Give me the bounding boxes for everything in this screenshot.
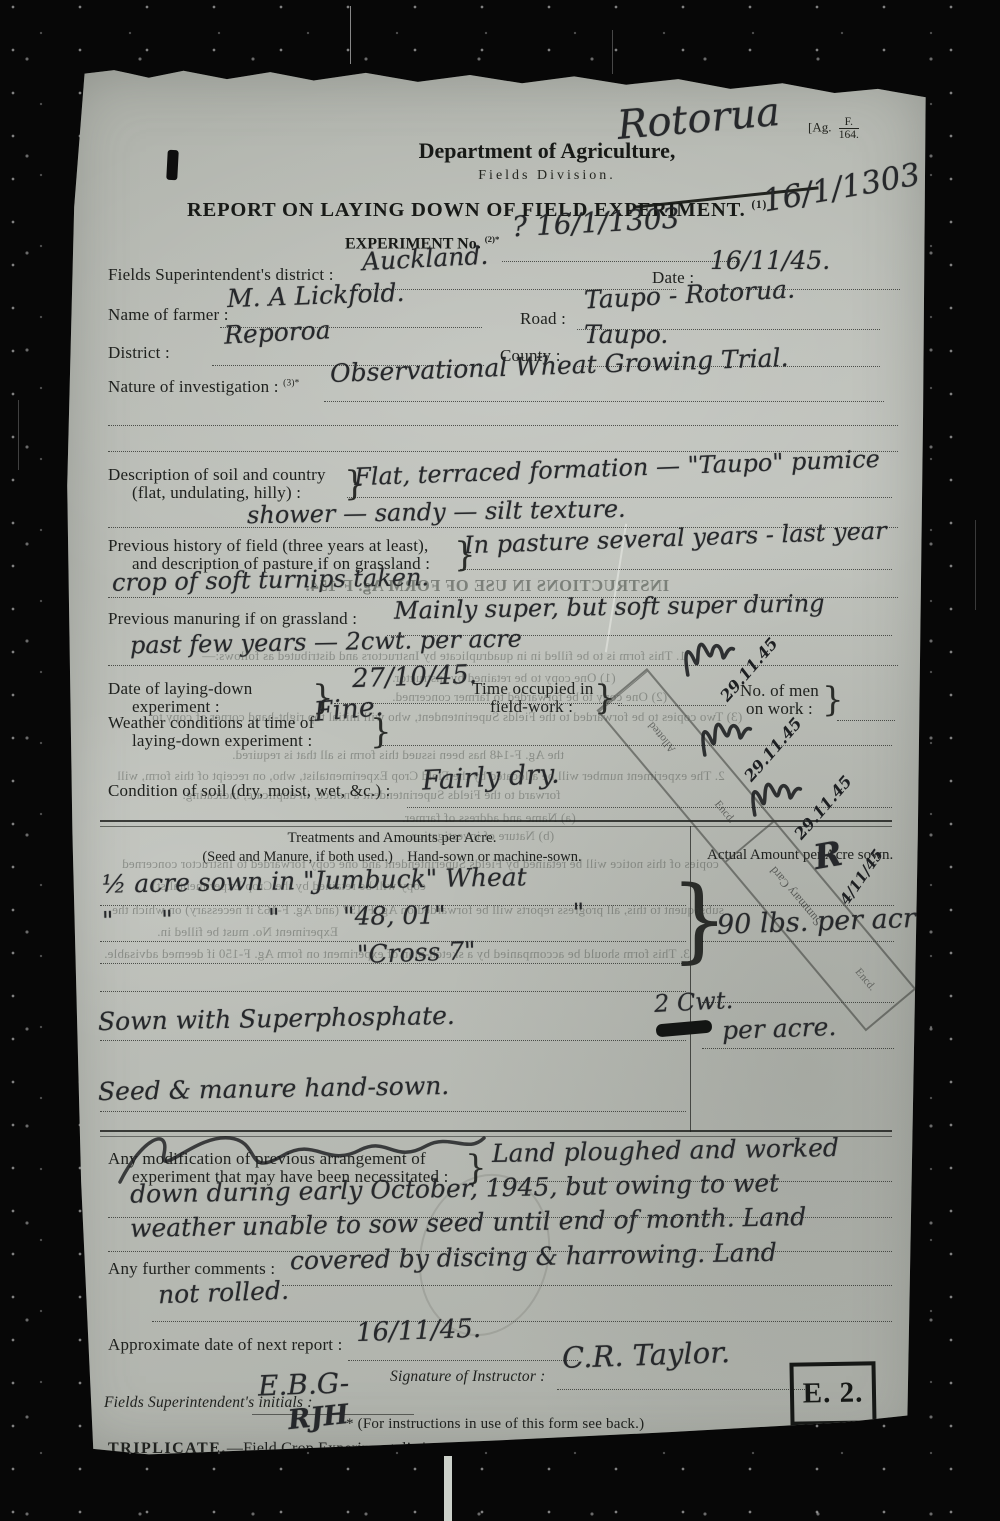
supt-initials-value: E.B.G- — [257, 1366, 349, 1402]
form-ref-prefix: [Ag. — [808, 120, 831, 135]
supt-district-value: Auckland. — [361, 241, 489, 277]
modification-value-1: Land ploughed and worked — [492, 1133, 839, 1168]
film-scratch — [350, 6, 351, 64]
soil-label-1: Description of soil and country — [108, 465, 326, 485]
soil-value-2: shower — sandy — silt texture. — [247, 495, 626, 530]
form-ref-numerator: F. — [839, 116, 859, 128]
film-scratch — [18, 400, 19, 470]
film-scratch — [612, 30, 613, 74]
instructor-signature-label: Signature of Instructor : — [390, 1368, 546, 1386]
ink-blot — [166, 150, 179, 181]
table-header-left-1: Treatments and Amounts per Acre. — [182, 830, 602, 847]
manuring-label: Previous manuring if on grassland : — [108, 609, 357, 629]
next-report-label: Approximate date of next report : — [108, 1335, 343, 1355]
district-value: Reporoa — [223, 315, 331, 350]
handwritten-office-name: Rotorua — [615, 89, 781, 149]
bleedthrough-line: copy will be retained by the Crop Experi… — [152, 878, 426, 894]
initial-r-scrawl: R — [811, 834, 846, 878]
crossed-out-word — [656, 1020, 713, 1038]
bleedthrough-line: subsequent to this, all progress reports… — [112, 902, 724, 918]
nature-label: Nature of investigation : (3)* — [108, 377, 300, 397]
instructions-footnote: * (For instructions in use of this form … — [346, 1416, 644, 1433]
label-brace: } — [822, 680, 844, 720]
document-page: Department of Agriculture, Fields Divisi… — [62, 68, 930, 1460]
farmer-value: M. A Lickfold. — [227, 278, 405, 313]
farmer-label: Name of farmer : — [108, 305, 229, 325]
print-code: [125 pads/9/37—10069 — [760, 1436, 878, 1451]
men-label-1: No. of men — [740, 681, 819, 701]
report-title: REPORT ON LAYING DOWN OF FIELD EXPERIMEN… — [187, 199, 767, 222]
bleedthrough-line: 3. This form should be accompanied by a … — [104, 946, 690, 962]
form-ref-denominator: 164. — [839, 128, 859, 141]
bleedthrough-line: copies of this notice will be retained b… — [122, 856, 719, 872]
scanned-photo-background: { "header": { "ref_prefix": "[Ag.", "ref… — [0, 0, 1000, 1521]
copy-designation: TRIPLICATE.—Field Crop Experimentalist's… — [108, 1440, 471, 1458]
district-label: District : — [108, 343, 170, 363]
date-value: 16/11/45. — [710, 246, 830, 275]
e2-stamp-text: E. 2. — [802, 1376, 863, 1410]
film-scratch — [975, 520, 976, 610]
soil-condition-label: Condition of soil (dry, moist, wet, &c.)… — [108, 781, 391, 801]
road-value: Taupo - Rotorua. — [583, 274, 795, 314]
copy-designation-bold: TRIPLICATE. — [108, 1440, 227, 1457]
form-reference-code: [Ag. F. 164. — [808, 116, 859, 141]
bleedthrough-line: Experiment No. must be filled in. — [157, 924, 338, 940]
comments-value-2: not rolled. — [158, 1276, 290, 1310]
division-subtitle: Fields Division. — [362, 168, 732, 184]
handwritten-file-number: 16/1/1303 — [760, 156, 923, 219]
e2-stamp-box: E. 2. — [789, 1361, 876, 1425]
film-strip-gap — [444, 1456, 452, 1521]
amount-value-2b: per acre. — [722, 1012, 837, 1045]
history-label-1: Previous history of field (three years a… — [108, 536, 428, 556]
comments-value-1: covered by discing & harrowing. Land — [290, 1238, 777, 1275]
supt-initials-value-2: RJH — [287, 1399, 351, 1436]
instructor-signature-value: C.R. Taylor. — [561, 1335, 730, 1375]
treatment-row-5: Seed & manure hand-sown. — [98, 1071, 450, 1106]
treatment-row-4: Sown with Superphosphate. — [98, 1001, 455, 1036]
bleedthrough-line: (1) One copy to be retained by Instructo… — [392, 670, 616, 686]
men-label-2: on work : — [746, 699, 813, 719]
laydate-label-1: Date of laying-down — [108, 679, 252, 699]
county-value: Taupo. — [584, 320, 668, 349]
next-report-value: 16/11/45. — [356, 1314, 482, 1348]
comments-label: Any further comments : — [108, 1259, 275, 1279]
road-label: Road : — [520, 309, 566, 329]
